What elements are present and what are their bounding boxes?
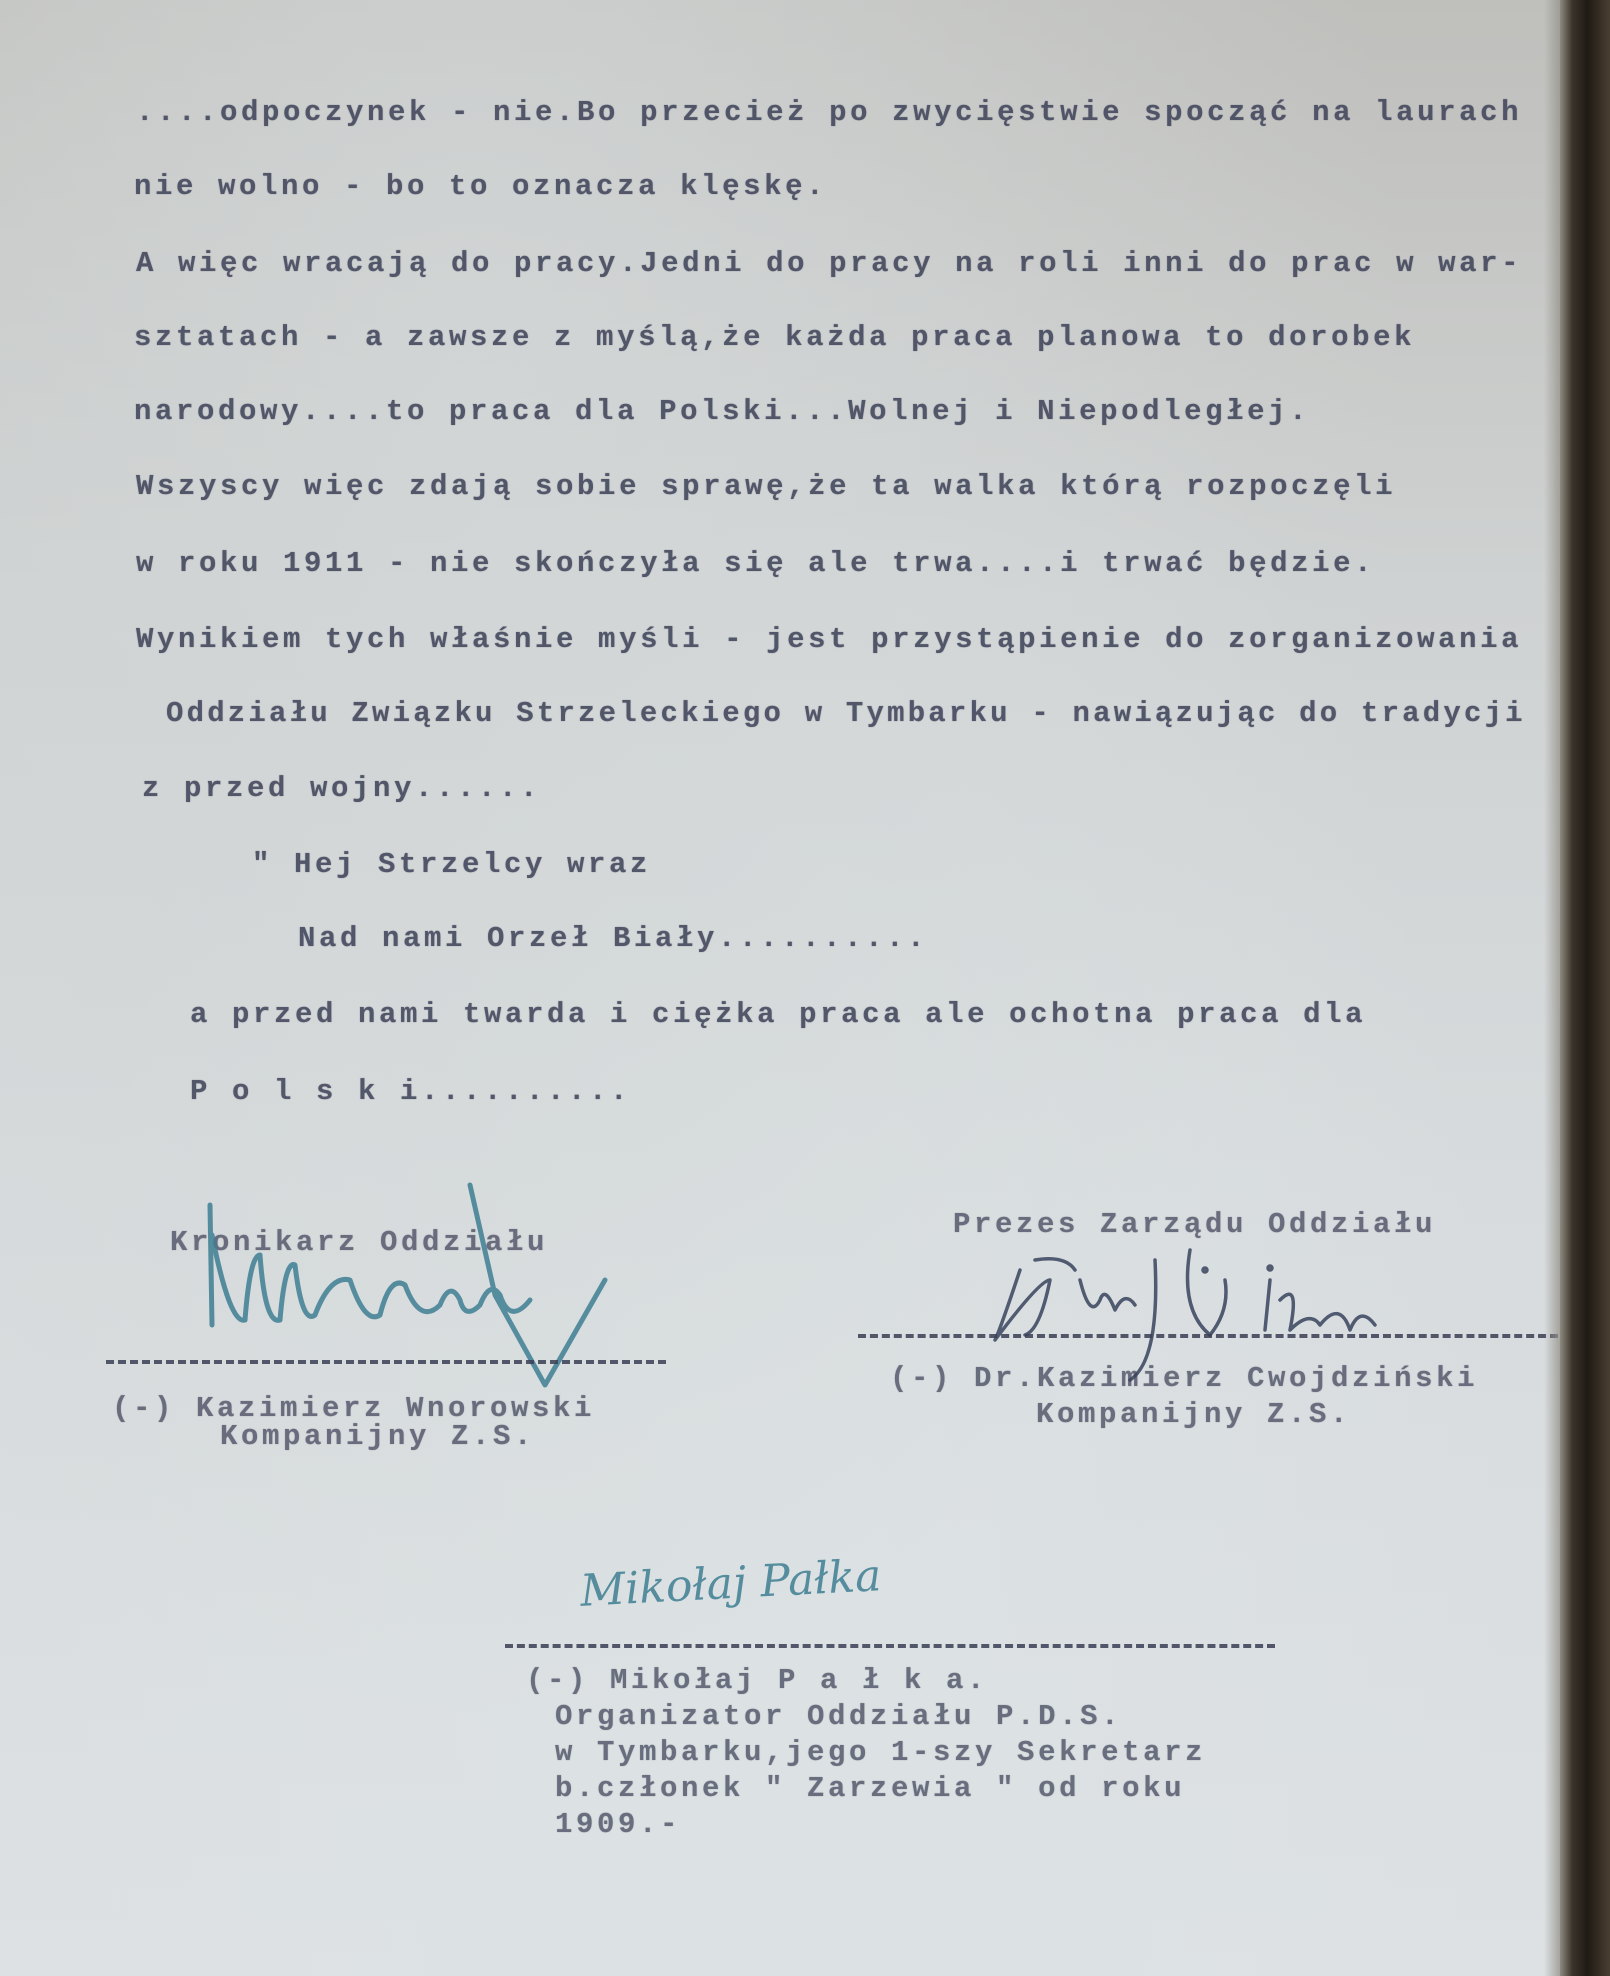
body-line-5: narodowy....to praca dla Polski...Wolnej… [134, 395, 1310, 428]
right-signatory-role: Kompanijny Z.S. [1036, 1398, 1351, 1431]
body-line-6: Wszyscy więc zdają sobie sprawę,że ta wa… [136, 470, 1396, 503]
body-line-4: sztatach - a zawsze z myślą,że każda pra… [134, 321, 1415, 354]
right-signature-line [858, 1334, 1558, 1338]
bottom-signatory-line-1: Organizator Oddziału P.D.S. [555, 1700, 1122, 1733]
body-line-8: Wynikiem tych właśnie myśli - jest przys… [136, 623, 1522, 656]
left-signature-line [106, 1360, 666, 1364]
page-edge-shadow [1544, 0, 1560, 1976]
body-line-2: nie wolno - bo to oznacza klęskę. [134, 170, 827, 203]
body-line-7: w roku 1911 - nie skończyła się ale trwa… [136, 547, 1375, 580]
body-line-3: A więc wracają do pracy.Jedni do pracy n… [136, 247, 1522, 280]
song-line-2: Nad nami Orzeł Biały.......... [298, 922, 928, 955]
song-line-3: a przed nami twarda i ciężka praca ale o… [190, 998, 1366, 1031]
body-line-1: ....odpoczynek - nie.Bo przecież po zwyc… [136, 96, 1522, 129]
bottom-signatory-line-4: 1909.- [555, 1808, 681, 1841]
book-binding [1560, 0, 1610, 1976]
body-line-9: Oddziału Związku Strzeleckiego w Tymbark… [166, 697, 1526, 730]
bottom-signatory-name: (-) Mikołaj P a ł k a. [526, 1664, 988, 1697]
bottom-signature: Mikołaj Pałka [579, 1550, 883, 1617]
left-signature-icon [190, 1185, 670, 1405]
bottom-signatory-line-3: b.członek " Zarzewia " od roku [555, 1772, 1185, 1805]
body-line-10: z przed wojny...... [142, 772, 541, 805]
right-signatory-title: Prezes Zarządu Oddziału [953, 1208, 1436, 1241]
left-signatory-role: Kompanijny Z.S. [220, 1420, 535, 1453]
song-line-1: " Hej Strzelcy wraz [252, 848, 651, 881]
bottom-signatory-line-2: w Tymbarku,jego 1-szy Sekretarz [555, 1736, 1206, 1769]
right-signatory-name: (-) Dr.Kazimierz Cwojdziński [890, 1362, 1478, 1395]
song-line-4: P o l s k i.......... [190, 1075, 631, 1108]
document-page: ....odpoczynek - nie.Bo przecież po zwyc… [0, 0, 1570, 1976]
bottom-signature-line [505, 1644, 1275, 1648]
